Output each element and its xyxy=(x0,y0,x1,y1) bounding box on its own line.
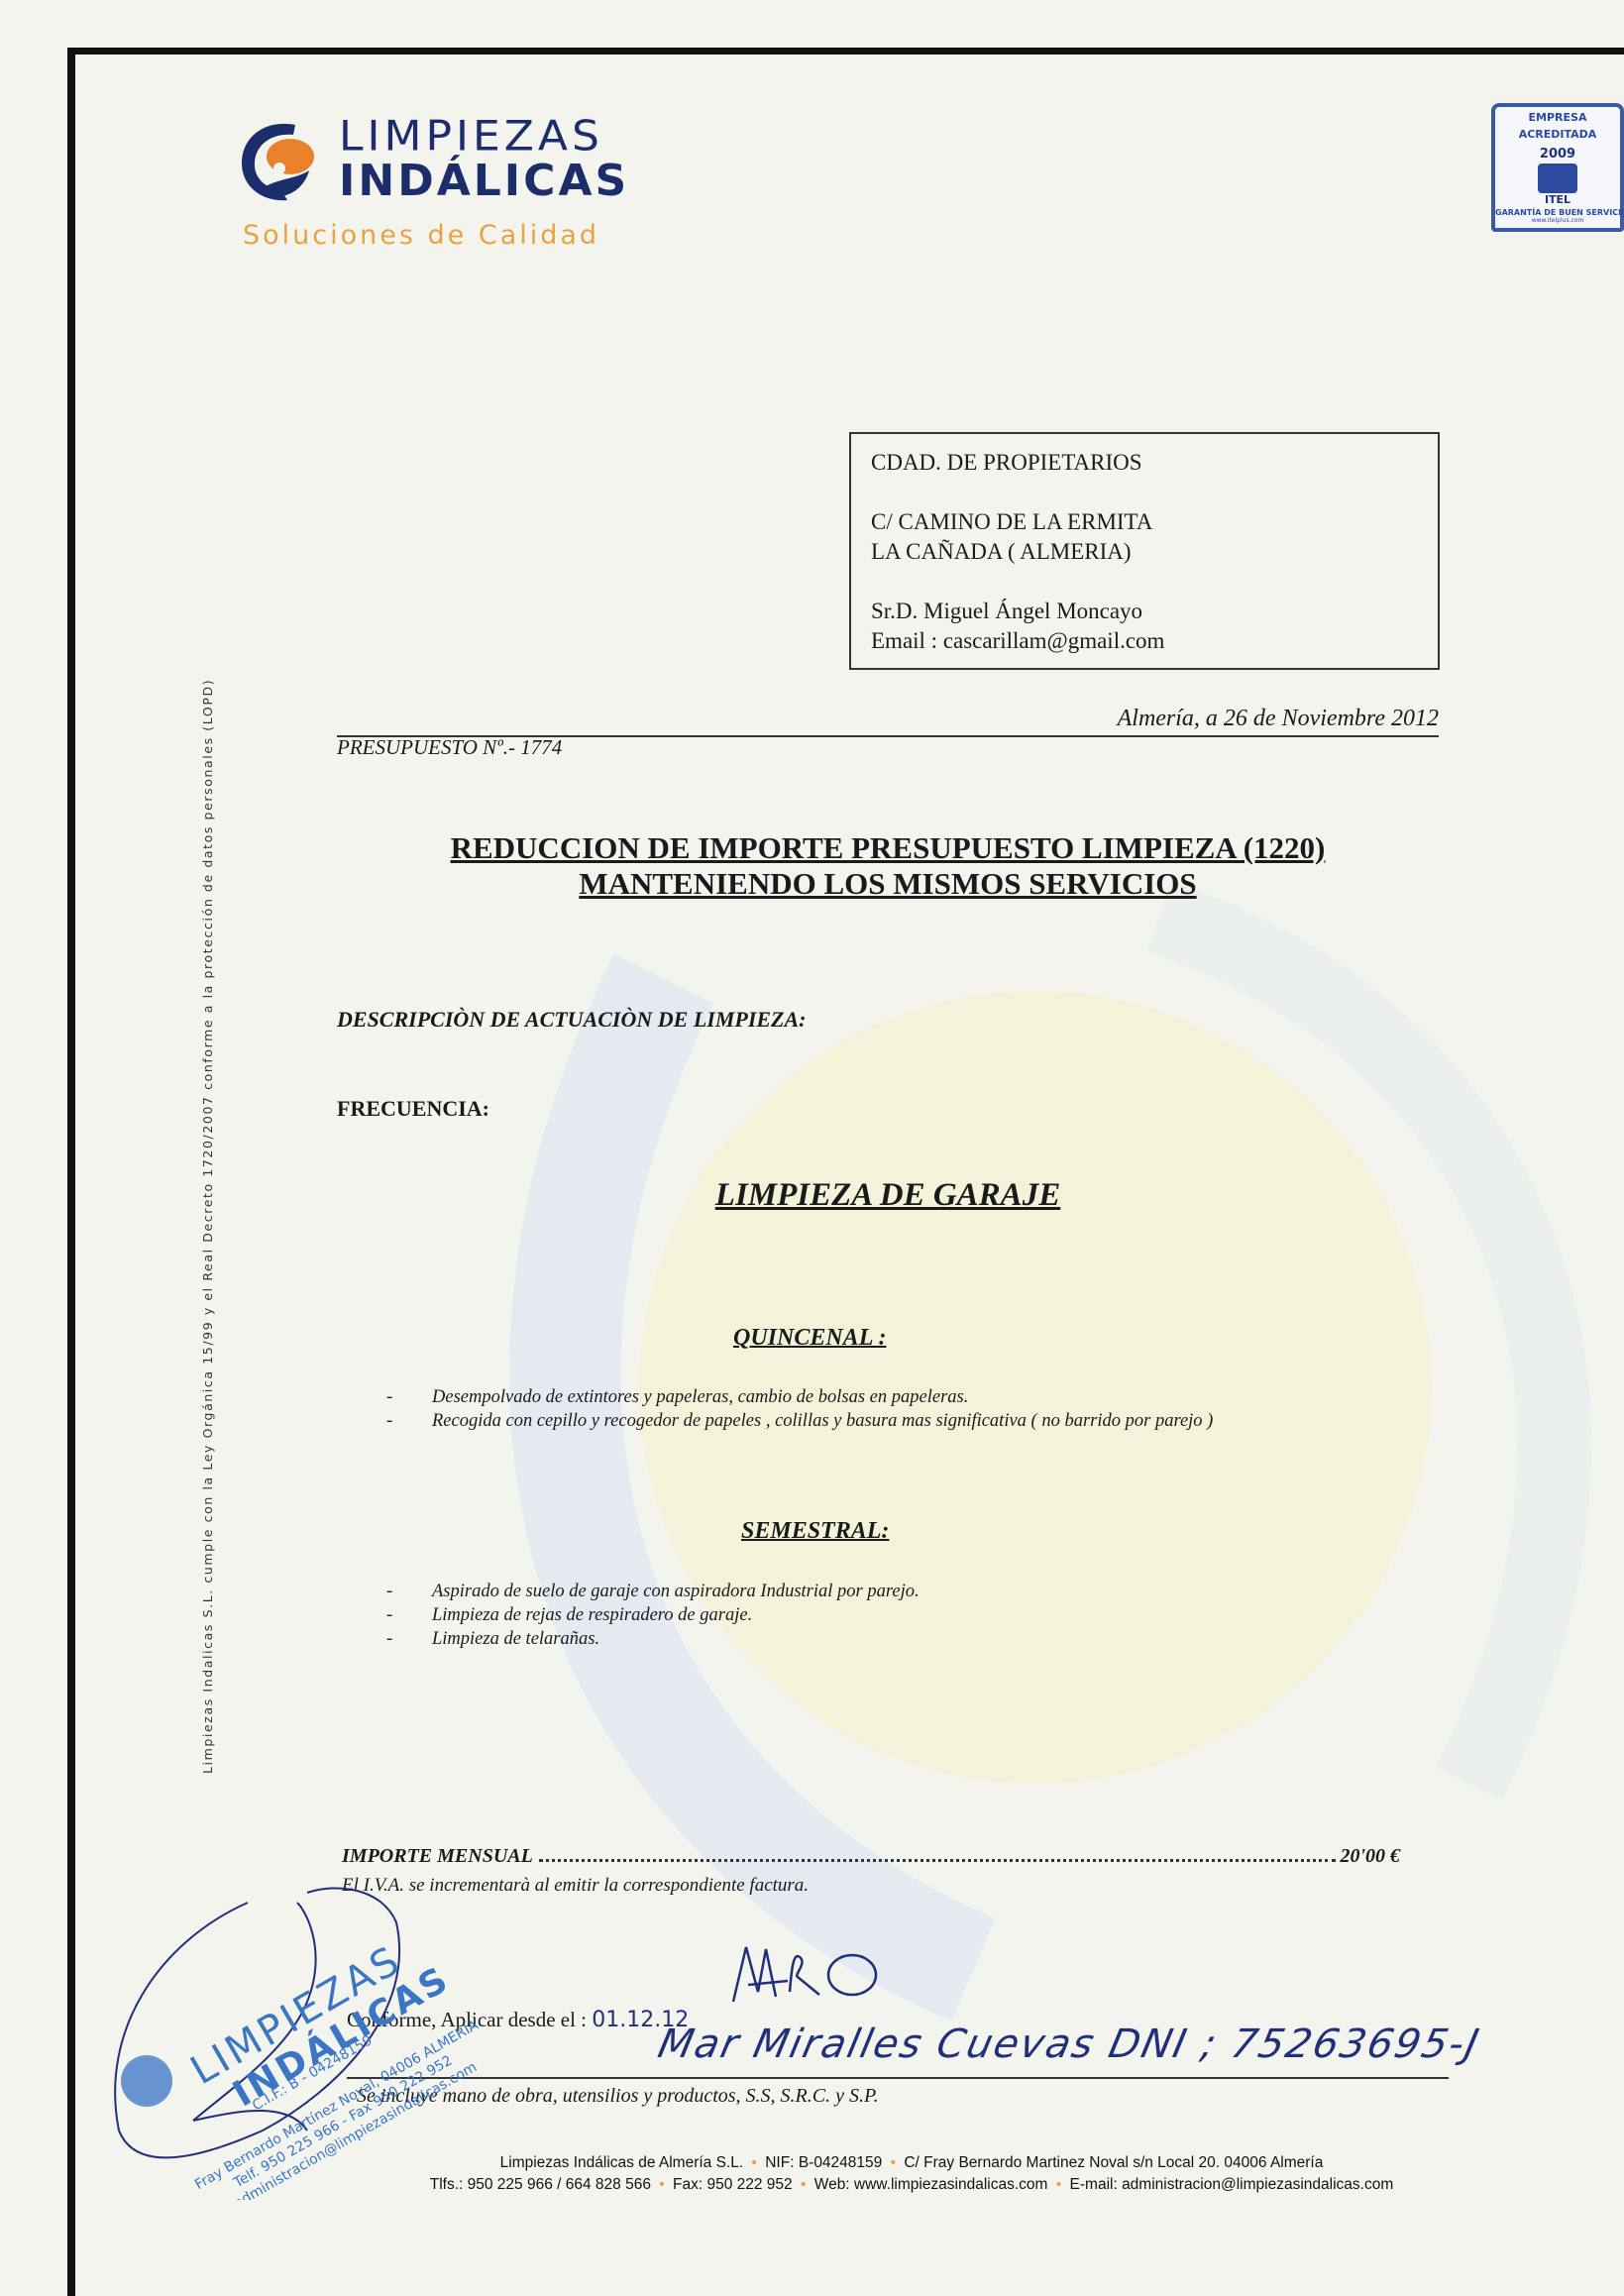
section-title-semestral: SEMESTRAL: xyxy=(741,1518,889,1545)
footer-separator: • xyxy=(659,2176,664,2193)
recipient-street: C/ CAMINO DE LA ERMITA xyxy=(871,507,1438,537)
globe-icon xyxy=(1538,164,1577,193)
list-item: -Limpieza de rejas de respiradero de gar… xyxy=(379,1603,920,1627)
section-title-quincenal: QUINCENAL : xyxy=(733,1325,886,1352)
task-list-semestral: -Aspirado de suelo de garaje con aspirad… xyxy=(379,1580,920,1651)
recipient-city: LA CAÑADA ( ALMERIA) xyxy=(871,537,1438,567)
recipient-name: CDAD. DE PROPIETARIOS xyxy=(871,448,1438,478)
list-item: -Aspirado de suelo de garaje con aspirad… xyxy=(379,1580,920,1603)
footer-phones: Tlfs.: 950 225 966 / 664 828 566 xyxy=(430,2176,651,2193)
badge-web: www.itelplus.com xyxy=(1495,217,1620,224)
list-item-text: Aspirado de suelo de garaje con aspirado… xyxy=(432,1580,920,1603)
title-line2: MANTENIENDO LOS MISMOS SERVICIOS xyxy=(579,866,1196,901)
document-date: Almería, a 26 de Noviembre 2012 xyxy=(337,706,1439,737)
page-border-left xyxy=(67,48,75,2296)
footer-address: C/ Fray Bernardo Martinez Noval s/n Loca… xyxy=(904,2154,1323,2171)
badge-year: 2009 xyxy=(1495,147,1620,162)
company-name-line2: INDÁLICAS xyxy=(339,156,629,206)
bullet-dash: - xyxy=(379,1409,432,1433)
frequency-label: FRECUENCIA: xyxy=(337,1096,489,1122)
footer-separator: • xyxy=(891,2154,896,2171)
footer-separator: • xyxy=(1056,2176,1061,2193)
recipient-email: Email : cascarillam@gmail.com xyxy=(871,626,1438,656)
budget-number: PRESUPUESTO Nº.- 1774 xyxy=(337,735,562,760)
bullet-dash: - xyxy=(379,1580,432,1603)
badge-line2: ACREDITADA xyxy=(1495,128,1620,141)
monthly-amount-row: IMPORTE MENSUAL 20'00 € xyxy=(342,1845,1400,1868)
page-border-top xyxy=(67,48,1624,55)
badge-slogan: GARANTÍA DE BUEN SERVICIO xyxy=(1495,208,1620,217)
footer-line2: Tlfs.: 950 225 966 / 664 828 566 • Fax: … xyxy=(377,2174,1447,2196)
amount-value: 20'00 € xyxy=(1340,1845,1400,1868)
footer-fax: Fax: 950 222 952 xyxy=(673,2176,793,2193)
company-logo-icon xyxy=(236,117,325,206)
badge-org: ITEL xyxy=(1495,193,1620,206)
footer-nif: NIF: B-04248159 xyxy=(765,2154,882,2171)
list-item: -Recogida con cepillo y recogedor de pap… xyxy=(379,1409,1213,1433)
service-title: LIMPIEZA DE GARAJE xyxy=(337,1177,1439,1214)
recipient-contact: Sr.D. Miguel Ángel Moncayo xyxy=(871,597,1438,626)
list-item-text: Limpieza de rejas de respiradero de gara… xyxy=(432,1603,752,1627)
bullet-dash: - xyxy=(379,1603,432,1627)
document-title: REDUCCION DE IMPORTE PRESUPUESTO LIMPIEZ… xyxy=(337,830,1439,902)
footer-email[interactable]: E-mail: administracion@limpiezasindalica… xyxy=(1070,2176,1394,2193)
footer-line1: Limpiezas Indálicas de Almería S.L. • NI… xyxy=(377,2152,1447,2174)
list-item-text: Recogida con cepillo y recogedor de pape… xyxy=(432,1409,1213,1433)
bullet-dash: - xyxy=(379,1385,432,1409)
page-footer: Limpiezas Indálicas de Almería S.L. • NI… xyxy=(377,2152,1447,2196)
signatory-handwriting: Mar Miralles Cuevas DNI ; 75263695-J xyxy=(654,2022,1484,2067)
list-item-text: Limpieza de telarañas. xyxy=(432,1627,599,1651)
dot-leader xyxy=(539,1859,1337,1862)
list-item: -Limpieza de telarañas. xyxy=(379,1627,920,1651)
footer-company: Limpiezas Indálicas de Almería S.L. xyxy=(500,2154,744,2171)
title-line1: REDUCCION DE IMPORTE PRESUPUESTO LIMPIEZ… xyxy=(451,830,1326,865)
description-label: DESCRIPCIÒN DE ACTUACIÒN DE LIMPIEZA: xyxy=(337,1007,807,1033)
company-name-line1: LIMPIEZAS xyxy=(339,112,603,160)
footer-separator: • xyxy=(751,2154,756,2171)
amount-label: IMPORTE MENSUAL xyxy=(342,1845,533,1868)
side-legal-notice: Limpiezas Indalicas S.L. cumple con la L… xyxy=(200,486,215,1774)
accreditation-badge: EMPRESA ACREDITADA 2009 ITEL GARANTÍA DE… xyxy=(1491,103,1624,232)
signature-initials xyxy=(728,1937,887,2007)
list-item-text: Desempolvado de extintores y papeleras, … xyxy=(432,1385,968,1409)
bullet-dash: - xyxy=(379,1627,432,1651)
badge-line1: EMPRESA xyxy=(1495,111,1620,124)
task-list-quincenal: -Desempolvado de extintores y papeleras,… xyxy=(379,1385,1213,1433)
recipient-address-box: CDAD. DE PROPIETARIOS C/ CAMINO DE LA ER… xyxy=(849,432,1440,670)
list-item: -Desempolvado de extintores y papeleras,… xyxy=(379,1385,1213,1409)
footer-separator: • xyxy=(801,2176,806,2193)
company-tagline: Soluciones de Calidad xyxy=(243,220,599,251)
footer-web[interactable]: Web: www.limpiezasindalicas.com xyxy=(814,2176,1048,2193)
